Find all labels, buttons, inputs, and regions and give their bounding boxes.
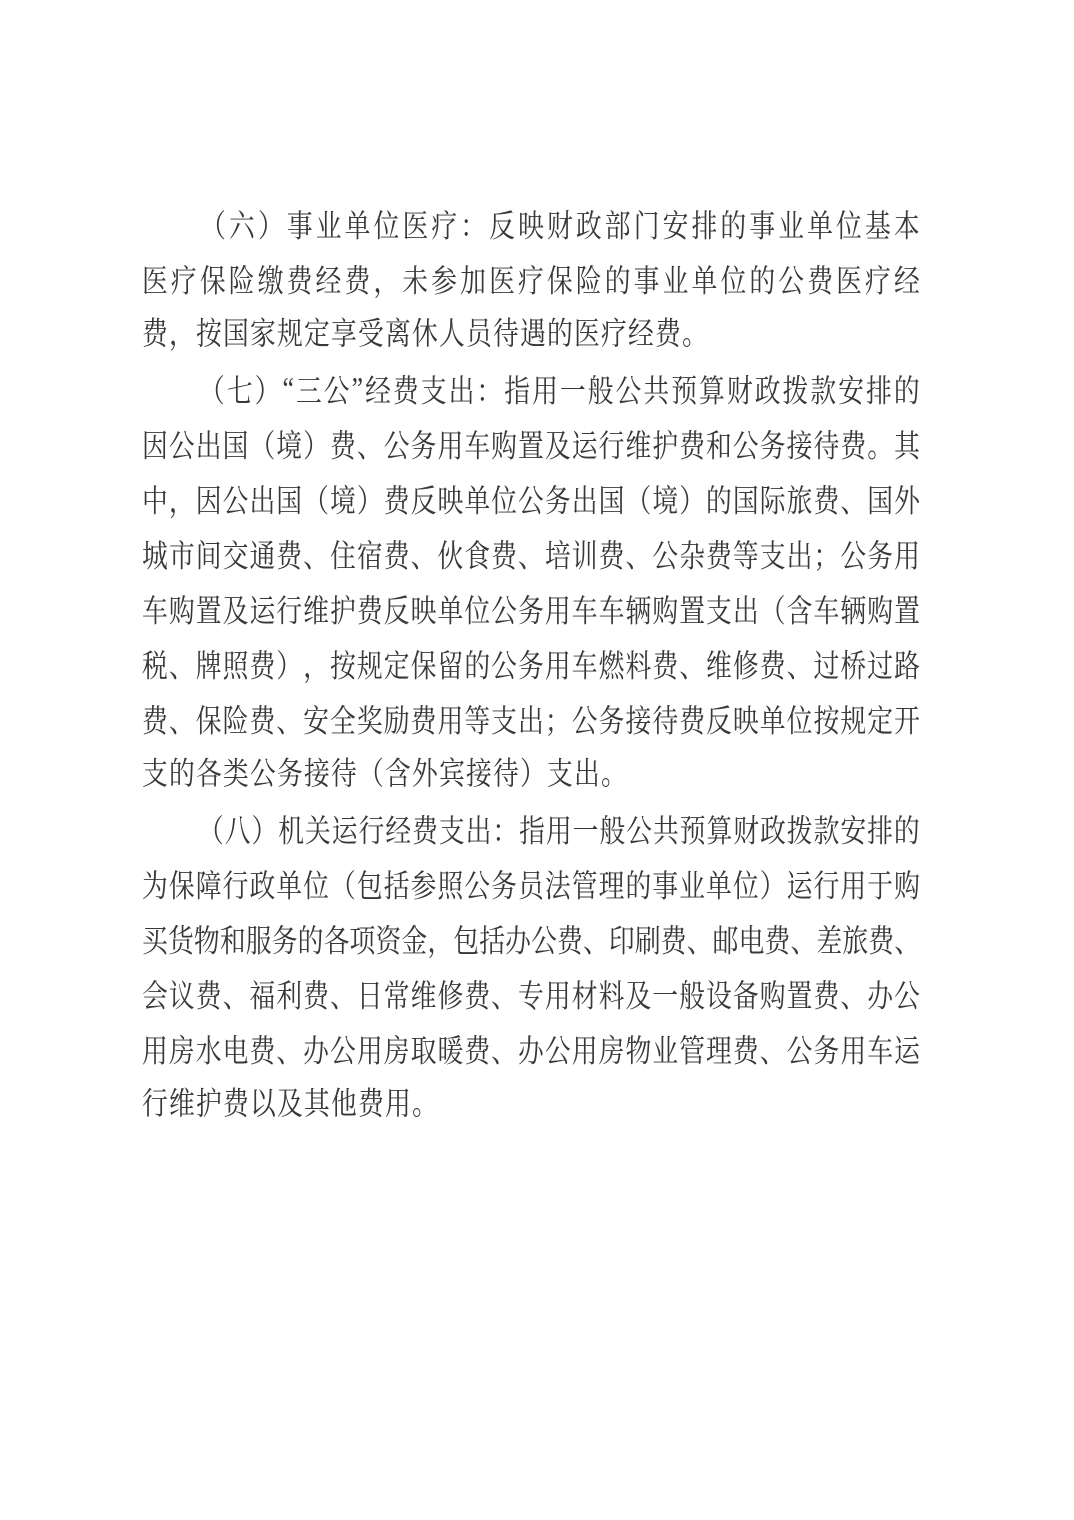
document-page: （六）事业单位医疗：反映财政部门安排的事业单位基本医疗保险缴费经费，未参加医疗保… <box>0 0 1074 1520</box>
text-line: 行维护费以及其他费用。 <box>142 1070 920 1137</box>
paragraph-item-6: （六）事业单位医疗：反映财政部门安排的事业单位基本医疗保险缴费经费，未参加医疗保… <box>142 196 920 361</box>
paragraph-item-7: （七）“三公”经费支出：指用一般公共预算财政拨款安排的因公出国（境）费、公务用车… <box>142 361 920 801</box>
document-body: （六）事业单位医疗：反映财政部门安排的事业单位基本医疗保险缴费经费，未参加医疗保… <box>142 196 920 1131</box>
paragraph-item-8: （八）机关运行经费支出：指用一般公共预算财政拨款安排的为保障行政单位（包括参照公… <box>142 801 920 1131</box>
